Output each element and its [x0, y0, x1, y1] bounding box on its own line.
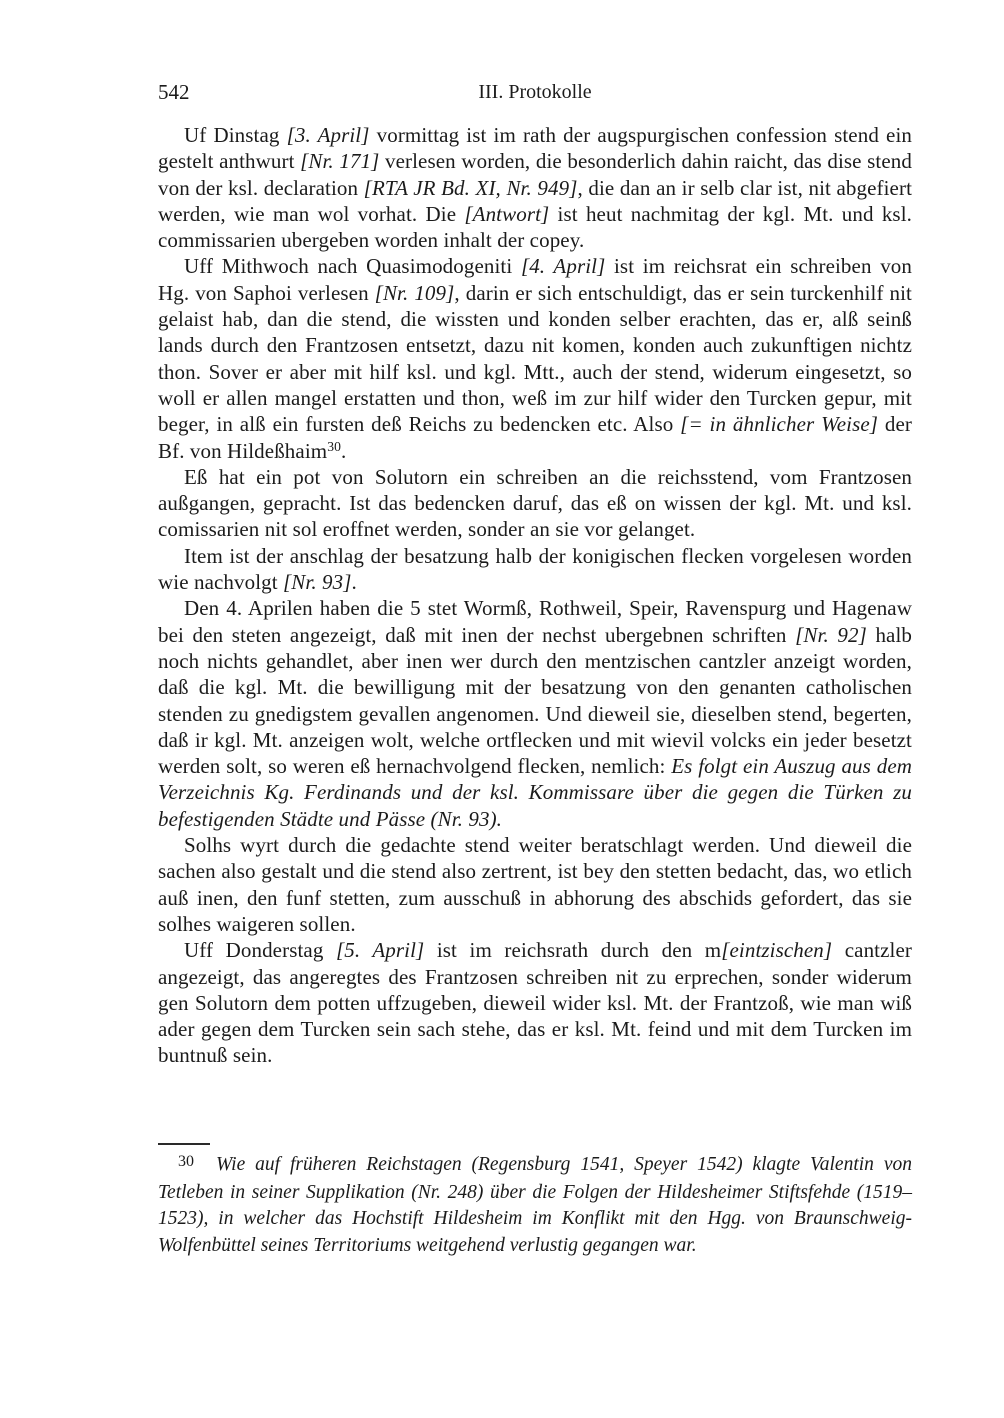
- paragraph-2: Uff Mithwoch nach Quasimodogeniti [4. Ap…: [158, 253, 912, 463]
- footnote-number: 30: [178, 1153, 194, 1170]
- footnote-section: 30Wie auf früheren Reichstagen (Regensbu…: [158, 1143, 912, 1259]
- footnote-text: Wie auf früheren Reichstagen (Regensburg…: [158, 1154, 912, 1256]
- paragraph-3: Eß hat ein pot von Solutorn ein schreibe…: [158, 464, 912, 543]
- paragraph-1: Uf Dinstag [3. April] vormittag ist im r…: [158, 122, 912, 253]
- footnote-separator: [158, 1143, 210, 1145]
- paragraph-4: Item ist der anschlag der besatzung halb…: [158, 543, 912, 596]
- paragraph-6: Solhs wyrt durch die gedachte stend weit…: [158, 832, 912, 937]
- book-page: 542 III. Protokolle Uf Dinstag [3. April…: [0, 0, 1004, 1418]
- running-title: III. Protokolle: [158, 81, 912, 104]
- paragraph-7: Uff Donderstag [5. April] ist im reichsr…: [158, 937, 912, 1068]
- footnote-30: 30Wie auf früheren Reichstagen (Regensbu…: [158, 1152, 912, 1259]
- paragraph-5: Den 4. Aprilen haben die 5 stet Wormß, R…: [158, 595, 912, 832]
- page-header: 542 III. Protokolle: [158, 80, 912, 108]
- body-text: Uf Dinstag [3. April] vormittag ist im r…: [158, 122, 912, 1069]
